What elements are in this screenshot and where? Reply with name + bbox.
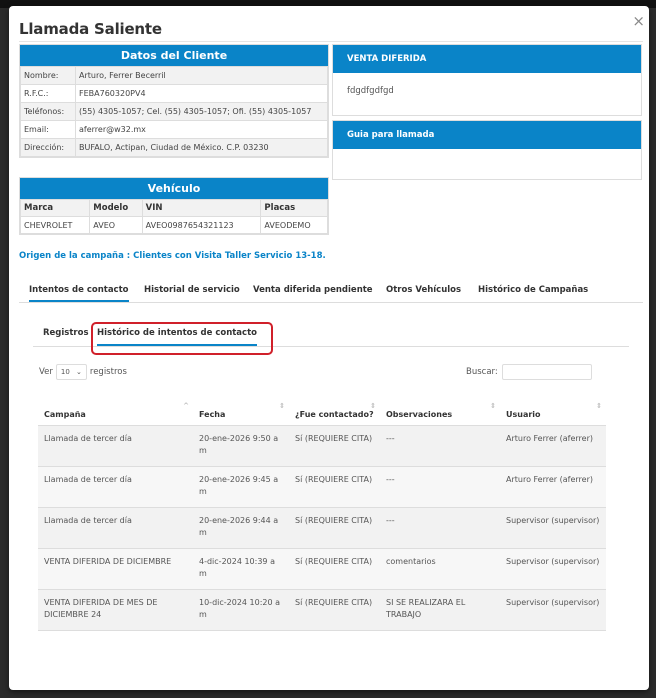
table-cell: Llamada de tercer día (38, 507, 193, 548)
search-input[interactable] (502, 364, 592, 380)
client-row: Dirección: BUFALO, Actipan, Ciudad de Mé… (21, 139, 328, 157)
table-cell: Supervisor (supervisor) (500, 507, 606, 548)
table-cell: VENTA DIFERIDA DE DICIEMBRE (38, 548, 193, 589)
venta-diferida-header: VENTA DIFERIDA (333, 45, 641, 73)
column-header-label: Usuario (506, 410, 541, 419)
show-prefix: Ver (39, 367, 53, 377)
vehicle-column-header: Marca (21, 200, 90, 217)
column-header[interactable]: Campaña ^ (38, 388, 193, 425)
client-table: Nombre: Arturo, Ferrer BecerrilR.F.C.: F… (20, 66, 328, 157)
client-field-value: (55) 4305-1057; Cel. (55) 4305-1057; Ofi… (76, 103, 328, 121)
client-row: Nombre: Arturo, Ferrer Becerril (21, 67, 328, 85)
table-cell: Supervisor (supervisor) (500, 548, 606, 589)
guia-body (333, 149, 641, 175)
vehicle-column-header: Modelo (90, 200, 142, 217)
subtab-registros[interactable]: Registros (43, 328, 89, 338)
vehicle-cell: AVEO (90, 217, 142, 234)
sort-icon: ⇕ (490, 402, 496, 410)
column-header-label: ¿Fue contactado? (295, 410, 374, 419)
table-cell: Arturo Ferrer (aferrer) (500, 425, 606, 466)
table-cell: Sí (REQUIERE CITA) (289, 425, 380, 466)
vehicle-cell: CHEVROLET (21, 217, 90, 234)
client-field-value: FEBA760320PV4 (76, 85, 328, 103)
table-cell: Sí (REQUIERE CITA) (289, 466, 380, 507)
client-field-label: Email: (21, 121, 76, 139)
modal-header: Llamada Saliente × (19, 14, 643, 42)
sort-icon: ⇕ (279, 402, 285, 410)
column-header[interactable]: Observaciones ⇕ (380, 388, 500, 425)
client-row: Email: aferrer@w32.mx (21, 121, 328, 139)
vehicle-table: MarcaModeloVINPlacas CHEVROLETAVEOAVEO09… (20, 199, 328, 234)
table-row: VENTA DIFERIDA DE MES DE DICIEMBRE 2410-… (38, 589, 606, 630)
history-table: Campaña ^Fecha ⇕¿Fue contactado? ⇕Observ… (38, 388, 606, 631)
vehicle-column-header: VIN (142, 200, 261, 217)
column-header-label: Campaña (44, 410, 86, 419)
venta-diferida-panel: VENTA DIFERIDA fdgdfgdfgd (332, 44, 642, 116)
table-cell: --- (380, 507, 500, 548)
vehicle-cell: AVEO0987654321123 (142, 217, 261, 234)
campaign-origin: Origen de la campaña : Clientes con Visi… (19, 251, 326, 261)
table-cell: Supervisor (supervisor) (500, 589, 606, 630)
table-cell: 20-ene-2026 9:44 a m (193, 507, 289, 548)
client-field-value: aferrer@w32.mx (76, 121, 328, 139)
tab-historial-de-servicio[interactable]: Historial de servicio (144, 285, 240, 295)
venta-diferida-body: fdgdfgdfgd (333, 73, 641, 109)
main-tabs: Intentos de contacto Historial de servic… (19, 281, 643, 303)
guia-header: Guia para llamada (333, 121, 641, 149)
tab-otros-vehiculos[interactable]: Otros Vehículos (386, 285, 461, 295)
column-header[interactable]: ¿Fue contactado? ⇕ (289, 388, 380, 425)
page-length-select[interactable]: 10 ⌄ (56, 364, 87, 380)
table-cell: comentarios (380, 548, 500, 589)
column-header-label: Fecha (199, 410, 225, 419)
search-label: Buscar: (466, 367, 498, 377)
client-row: Teléfonos: (55) 4305-1057; Cel. (55) 430… (21, 103, 328, 121)
vehicle-column-header: Placas (261, 200, 328, 217)
close-icon[interactable]: × (632, 14, 645, 29)
modal-title: Llamada Saliente (19, 20, 162, 38)
show-suffix: registros (90, 367, 127, 377)
tab-venta-diferida-pendiente[interactable]: Venta diferida pendiente (253, 285, 373, 295)
table-cell: 10-dic-2024 10:20 a m (193, 589, 289, 630)
client-field-label: Dirección: (21, 139, 76, 157)
table-cell: VENTA DIFERIDA DE MES DE DICIEMBRE 24 (38, 589, 193, 630)
client-row: R.F.C.: FEBA760320PV4 (21, 85, 328, 103)
table-cell: Sí (REQUIERE CITA) (289, 507, 380, 548)
table-cell: 4-dic-2024 10:39 a m (193, 548, 289, 589)
sort-icon: ⇕ (370, 402, 376, 410)
client-panel-header: Datos del Cliente (20, 45, 328, 66)
client-field-label: R.F.C.: (21, 85, 76, 103)
table-cell: Sí (REQUIERE CITA) (289, 548, 380, 589)
table-cell: 20-ene-2026 9:45 a m (193, 466, 289, 507)
chevron-down-icon: ⌄ (76, 368, 82, 376)
vehicle-panel-header: Vehículo (20, 178, 328, 199)
table-cell: Sí (REQUIERE CITA) (289, 589, 380, 630)
client-field-value: Arturo, Ferrer Becerril (76, 67, 328, 85)
table-row: Llamada de tercer día20-ene-2026 9:44 a … (38, 507, 606, 548)
table-cell: --- (380, 425, 500, 466)
table-cell: Llamada de tercer día (38, 466, 193, 507)
tab-historico-de-campanas[interactable]: Histórico de Campañas (478, 285, 588, 295)
column-header[interactable]: Usuario ⇕ (500, 388, 606, 425)
table-cell: SI SE REALIZARA EL TRABAJO (380, 589, 500, 630)
table-cell: Llamada de tercer día (38, 425, 193, 466)
guia-panel: Guia para llamada (332, 120, 642, 180)
page-length-control: Ver 10 ⌄ registros (39, 364, 127, 380)
vehicle-panel: Vehículo MarcaModeloVINPlacas CHEVROLETA… (19, 177, 329, 235)
client-panel: Datos del Cliente Nombre: Arturo, Ferrer… (19, 44, 329, 158)
column-header[interactable]: Fecha ⇕ (193, 388, 289, 425)
client-field-label: Teléfonos: (21, 103, 76, 121)
tab-intentos-de-contacto[interactable]: Intentos de contacto (29, 285, 129, 302)
vehicle-cell: AVEODEMO (261, 217, 328, 234)
table-cell: Arturo Ferrer (aferrer) (500, 466, 606, 507)
search-control: Buscar: (466, 364, 592, 380)
column-header-label: Observaciones (386, 410, 452, 419)
client-field-label: Nombre: (21, 67, 76, 85)
sort-icon: ⇕ (596, 402, 602, 410)
sort-icon: ^ (183, 402, 189, 410)
table-cell: --- (380, 466, 500, 507)
table-row: Llamada de tercer día20-ene-2026 9:45 a … (38, 466, 606, 507)
table-row: Llamada de tercer día20-ene-2026 9:50 a … (38, 425, 606, 466)
page-length-value: 10 (61, 368, 70, 376)
table-row: VENTA DIFERIDA DE DICIEMBRE4-dic-2024 10… (38, 548, 606, 589)
highlight-annotation (91, 322, 273, 355)
client-field-value: BUFALO, Actipan, Ciudad de México. C.P. … (76, 139, 328, 157)
table-cell: 20-ene-2026 9:50 a m (193, 425, 289, 466)
